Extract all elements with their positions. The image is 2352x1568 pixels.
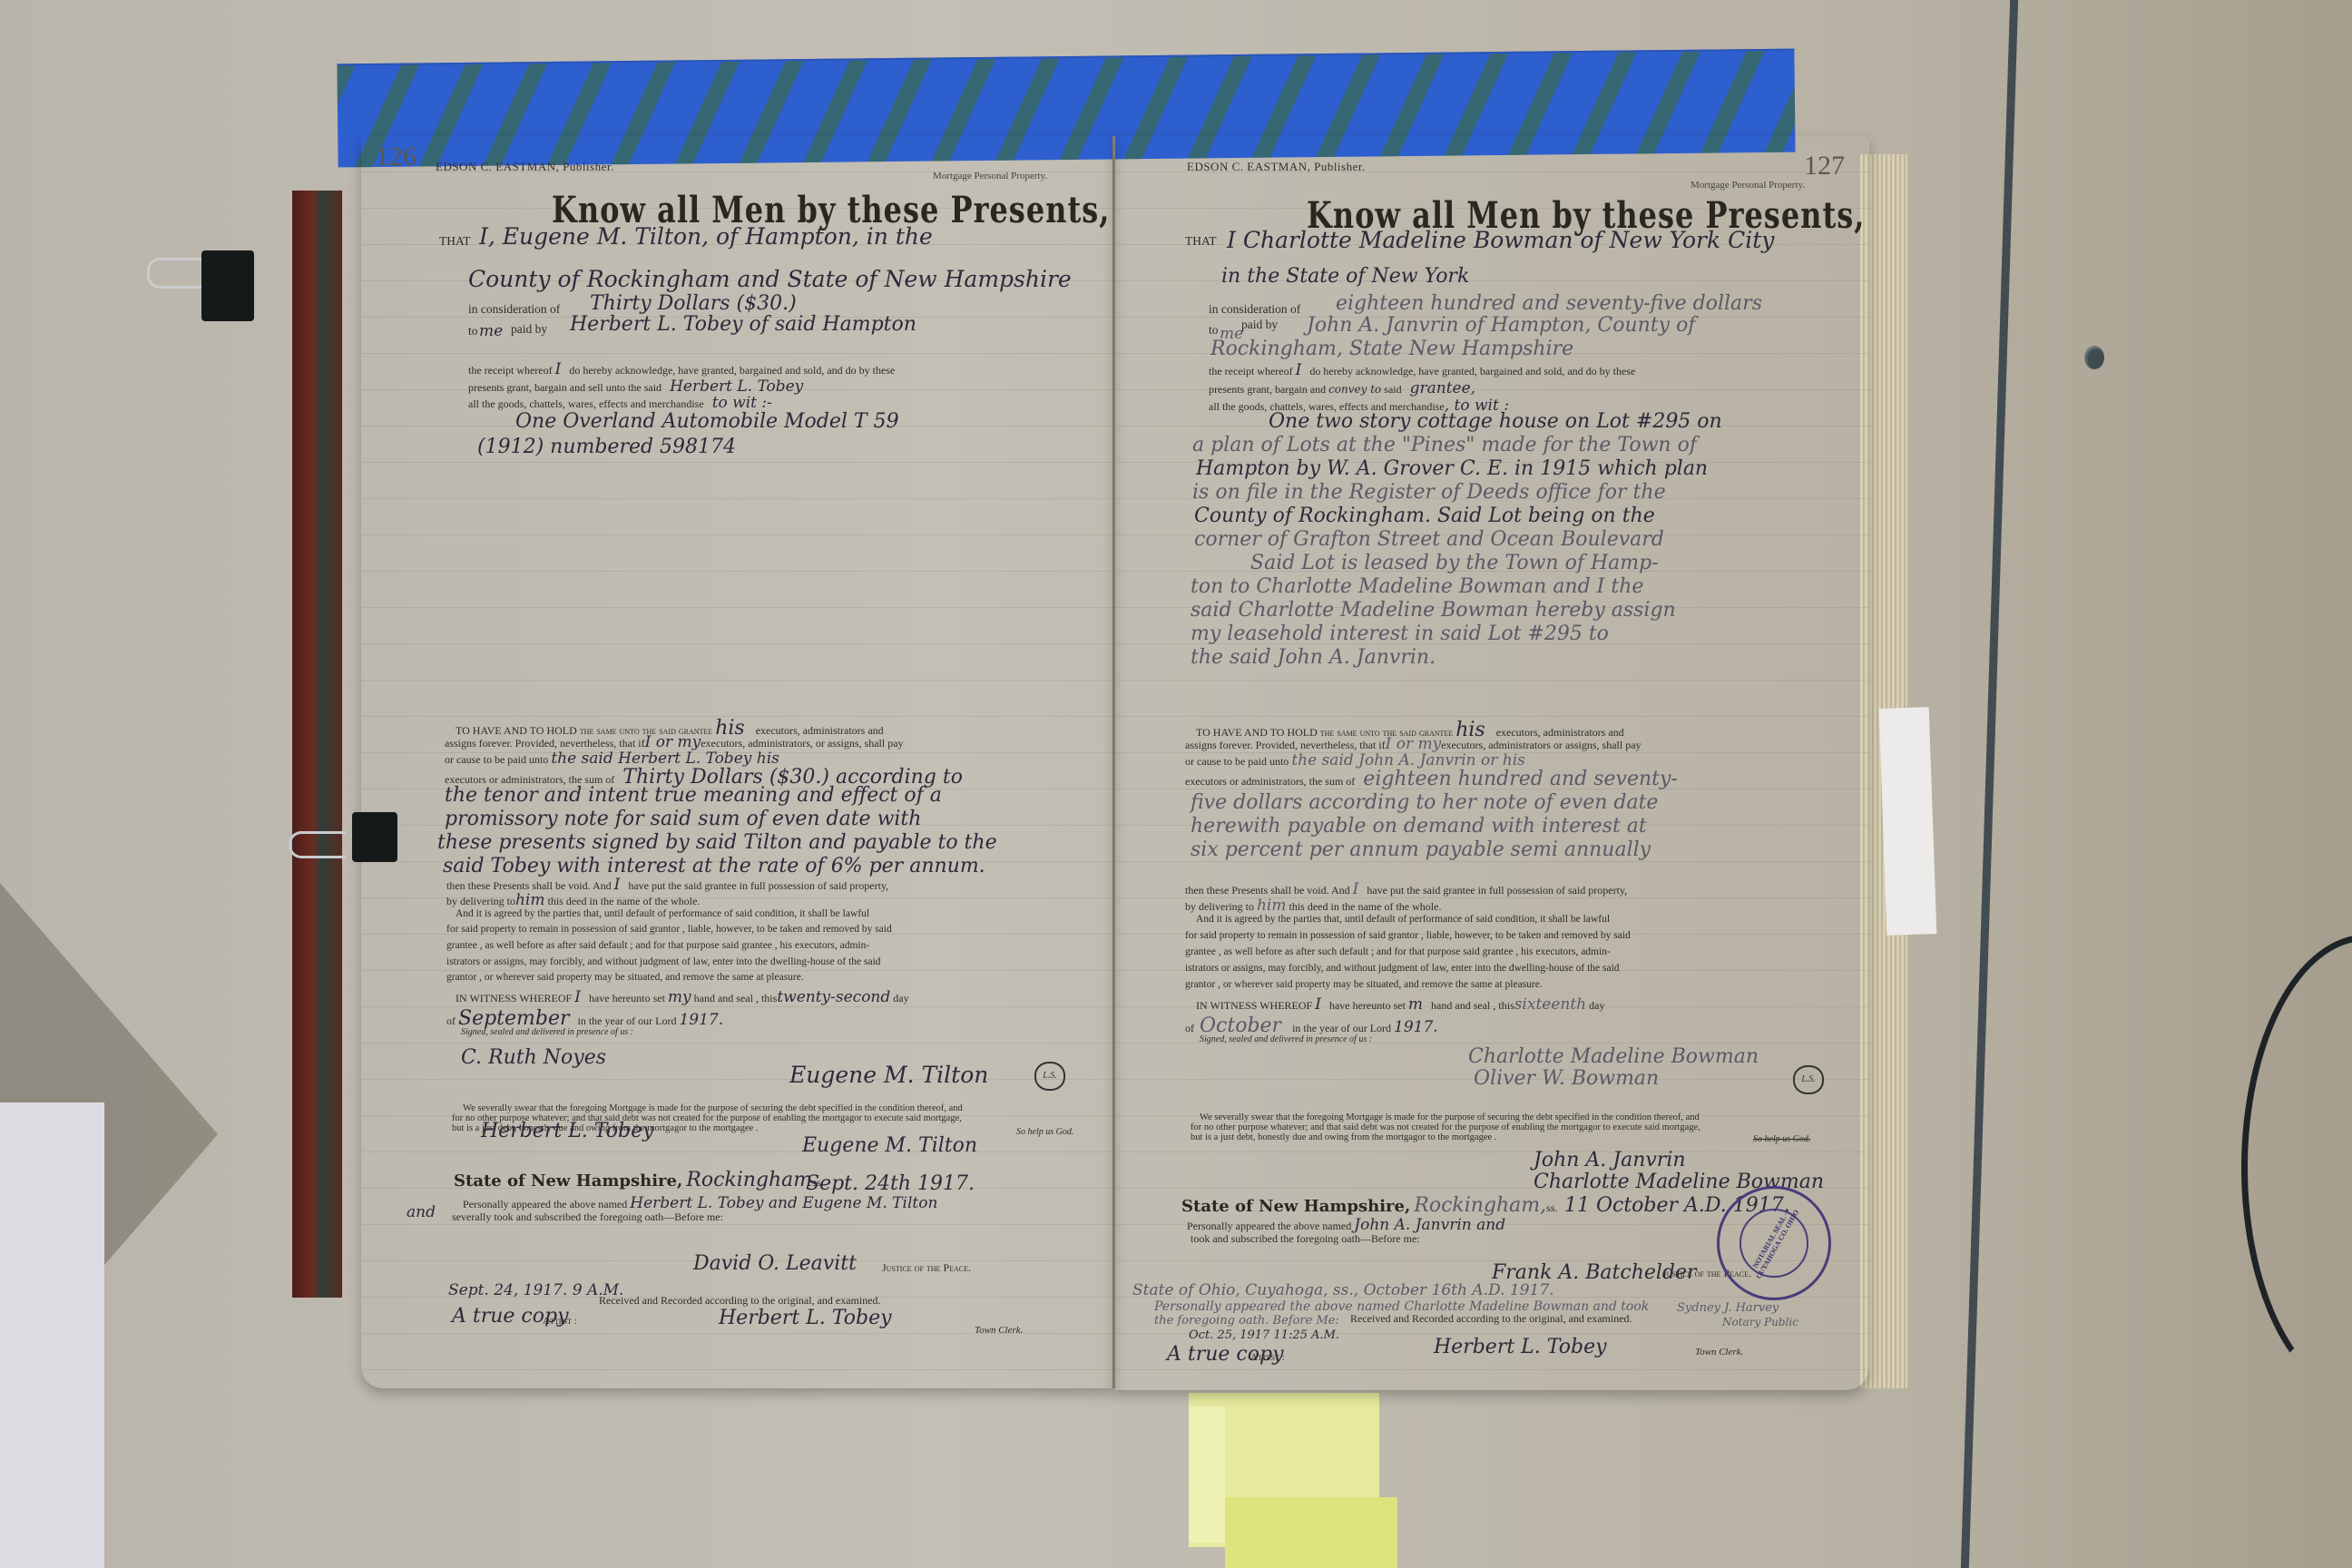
agreed-text: istrators or assigns, may forcibly, and …: [446, 956, 881, 967]
state-line: State of New Hampshire, Rockingham,ss.: [1181, 1194, 1558, 1217]
notary-label: Notary Public: [1722, 1316, 1798, 1328]
black-cable: [2241, 935, 2352, 1401]
seal-icon: L.S.: [1034, 1062, 1065, 1091]
habendum-text: or cause to be paid unto the said Herber…: [445, 750, 779, 768]
property-description: is on file in the Register of Deeds offi…: [1192, 481, 1666, 504]
paid-by-value: John A. Janvrin of Hampton, County of: [1307, 314, 1695, 337]
agreed-text: grantor , or wherever said property may …: [1185, 979, 1543, 990]
grantor-line: County of Rockingham and State of New Ha…: [468, 266, 1072, 292]
property-description: said Charlotte Madeline Bowman hereby as…: [1191, 599, 1676, 622]
tucked-note[interactable]: [1879, 707, 1937, 936]
that-label: THAT: [439, 234, 471, 249]
sticky-note[interactable]: [1225, 1497, 1397, 1568]
signed-label: Signed, sealed and delivered in presence…: [461, 1027, 633, 1037]
receipt-text: all the goods, chattels, wares, effects …: [468, 394, 772, 412]
consideration-value: Thirty Dollars ($30.): [590, 292, 797, 315]
sticky-note[interactable]: [1189, 1406, 1225, 1543]
witness-text: IN WITNESS WHEREOF I have hereunto set m…: [456, 988, 909, 1006]
seal-icon: L.S.: [1793, 1065, 1824, 1094]
oath-signature: Eugene M. Tilton: [802, 1134, 977, 1157]
white-paper-sheet: [0, 1102, 104, 1568]
property-description: my leasehold interest in said Lot #295 t…: [1191, 622, 1609, 645]
habendum-text: assigns forever. Provided, nevertheless,…: [445, 733, 904, 751]
agreed-text: And it is agreed by the parties that, un…: [456, 908, 869, 919]
agreed-text: grantee , as well before as after such d…: [1185, 946, 1611, 957]
property-description: (1912) numbered 598174: [477, 436, 736, 458]
condition-line: six percent per annum payable semi annua…: [1191, 838, 1651, 861]
agreed-text: And it is agreed by the parties that, un…: [1196, 914, 1610, 925]
property-description: One Overland Automobile Model T 59: [515, 410, 899, 433]
paid-by-value: Rockingham, State New Hampshire: [1210, 338, 1573, 360]
void-text: then these Presents shall be void. And I…: [1185, 880, 1627, 898]
desk-panel-seam: [1961, 0, 2018, 1568]
ohio-acknowledgment: the foregoing oath. Before Me:: [1154, 1314, 1339, 1328]
condition-line: said Tobey with interest at the rate of …: [443, 855, 985, 877]
that-label: THAT: [1185, 234, 1217, 249]
severally-text: took and subscribed the foregoing oath—B…: [1191, 1232, 1420, 1246]
paid-by-value: Herbert L. Tobey of said Hampton: [570, 313, 916, 336]
ack-date: Sept. 24th 1917.: [806, 1172, 975, 1195]
clerk-label: Town Clerk.: [1695, 1347, 1743, 1357]
margin-note: and: [407, 1203, 436, 1221]
agreed-text: grantee , as well before as after said d…: [446, 940, 869, 951]
consideration-value: eighteen hundred and seventy-five dollar…: [1336, 292, 1762, 315]
property-description: ton to Charlotte Madeline Bowman and I t…: [1191, 575, 1643, 598]
personally-text: Personally appeared the above named John…: [1187, 1216, 1505, 1234]
property-description: corner of Grafton Street and Ocean Boule…: [1194, 528, 1664, 551]
witness-text: IN WITNESS WHEREOF I have hereunto set m…: [1196, 995, 1604, 1014]
publisher-line: EDSON C. EASTMAN, Publisher.: [1187, 160, 1366, 174]
condition-line: these presents signed by said Tilton and…: [437, 831, 997, 854]
clerk-signature: Herbert L. Tobey: [719, 1307, 892, 1329]
received-text: Received and Recorded according to the o…: [599, 1294, 881, 1308]
paid-to-value: me: [479, 322, 503, 340]
justice-signature: David O. Leavitt: [693, 1252, 857, 1275]
condition-line: the tenor and intent true meaning and ef…: [445, 784, 942, 807]
publisher-line: EDSON C. EASTMAN, Publisher.: [436, 160, 614, 174]
habendum-text: executors or administrators, the sum of …: [1185, 768, 1678, 790]
justice-label: Justice of the Peace.: [882, 1261, 971, 1275]
receipt-text: the receipt whereof I do hereby acknowle…: [1209, 361, 1635, 379]
receipt-text: the receipt whereof I do hereby acknowle…: [468, 360, 895, 378]
agreed-text: for said property to remain in possessio…: [1185, 930, 1631, 941]
property-description: Hampton by W. A. Grover C. E. in 1915 wh…: [1196, 457, 1708, 480]
ohio-acknowledgment: State of Ohio, Cuyahoga, ss., October 16…: [1132, 1281, 1554, 1299]
received-date: Oct. 25, 1917 11:25 A.M.: [1189, 1328, 1339, 1342]
signed-label: Signed, sealed and delivered in presence…: [1200, 1034, 1372, 1044]
property-description: the said John A. Janvrin.: [1191, 646, 1436, 669]
consideration-label: in consideration of: [1209, 302, 1300, 317]
deliver-text: by delivering tohim this deed in the nam…: [446, 891, 700, 909]
page-number: 126: [376, 142, 416, 172]
grantor-signature: Eugene M. Tilton: [789, 1062, 988, 1088]
grantor-line: I, Eugene M. Tilton, of Hampton, in the: [479, 223, 933, 250]
personally-text: Personally appeared the above named Herb…: [463, 1194, 937, 1212]
received-date: Sept. 24, 1917. 9 A.M.: [448, 1281, 623, 1299]
oath-signature: Herbert L. Tobey: [481, 1120, 654, 1142]
condition-line: five dollars according to her note of ev…: [1191, 791, 1658, 814]
condition-line: herewith payable on demand with interest…: [1191, 815, 1647, 838]
paid-to-label: to: [1209, 323, 1219, 338]
so-help-text: So help us God.: [1016, 1127, 1073, 1137]
form-type: Mortgage Personal Property.: [1690, 180, 1805, 191]
paid-to-label: to: [468, 324, 478, 338]
agreed-text: grantor , or wherever said property may …: [446, 972, 804, 983]
oath-text: but is a just debt, honestly due and owi…: [1191, 1132, 1496, 1142]
severally-text: severally took and subscribed the forego…: [452, 1210, 723, 1224]
page-126: 126 EDSON C. EASTMAN, Publisher. Mortgag…: [361, 136, 1114, 1388]
attest-label: Attest :: [1250, 1352, 1285, 1363]
witness-signature: Oliver W. Bowman: [1474, 1067, 1659, 1090]
clerk-signature: Herbert L. Tobey: [1434, 1336, 1607, 1358]
grantor-line: I Charlotte Madeline Bowman of New York …: [1227, 227, 1774, 253]
binder-clip-handle[interactable]: [289, 831, 346, 858]
state-line: State of New Hampshire, Rockinghamss.: [454, 1169, 824, 1191]
oath-signature: John A. Janvrin: [1534, 1149, 1686, 1171]
binder-clip[interactable]: [201, 250, 254, 321]
clerk-label: Town Clerk.: [975, 1325, 1023, 1336]
agreed-text: istrators or assigns, may forcibly, and …: [1185, 963, 1620, 974]
paid-by-label: paid by: [511, 322, 547, 337]
receipt-text: presents grant, bargain and convey to sa…: [1209, 379, 1475, 397]
so-help-text: So help us God.: [1753, 1134, 1810, 1144]
notary-signature: Sydney J. Harvey: [1677, 1301, 1779, 1315]
deliver-text: by delivering to him this deed in the na…: [1185, 897, 1441, 915]
desk-bolt: [2084, 346, 2104, 369]
paid-by-label: paid by: [1241, 318, 1278, 332]
receipt-text: presents grant, bargain and sell unto th…: [468, 377, 803, 396]
binder-clip[interactable]: [352, 812, 397, 862]
oath-text: We severally swear that the foregoing Mo…: [463, 1103, 963, 1113]
property-description: Said Lot is leased by the Town of Hamp-: [1250, 552, 1659, 574]
attest-label: Attest :: [543, 1316, 577, 1327]
property-description: One two story cottage house on Lot #295 …: [1269, 410, 1722, 433]
notarial-seal-stamp: NOTARIAL SEAL · CUYAHOGA CO. OHIO: [1717, 1186, 1831, 1300]
agreed-text: for said property to remain in possessio…: [446, 924, 892, 935]
witness-signature: C. Ruth Noyes: [461, 1046, 606, 1069]
oath-text: We severally swear that the foregoing Mo…: [1200, 1112, 1700, 1122]
consideration-label: in consideration of: [468, 302, 560, 317]
property-description: a plan of Lots at the "Pines" made for t…: [1192, 434, 1697, 456]
form-type: Mortgage Personal Property.: [933, 171, 1047, 181]
page-number: 127: [1804, 151, 1845, 181]
grantor-signature: Charlotte Madeline Bowman: [1468, 1045, 1759, 1068]
oath-text: for no other purpose whatever; and that …: [1191, 1122, 1700, 1132]
received-text: Received and Recorded according to the o…: [1350, 1312, 1632, 1326]
property-description: County of Rockingham. Said Lot being on …: [1194, 505, 1655, 527]
habendum-text: or cause to be paid unto the said John A…: [1185, 751, 1525, 769]
condition-line: promissory note for said sum of even dat…: [445, 808, 921, 830]
grantor-line: in the State of New York: [1221, 265, 1469, 288]
habendum-text: assigns forever. Provided, nevertheless,…: [1185, 735, 1641, 753]
book-spine-binding: [292, 191, 342, 1298]
